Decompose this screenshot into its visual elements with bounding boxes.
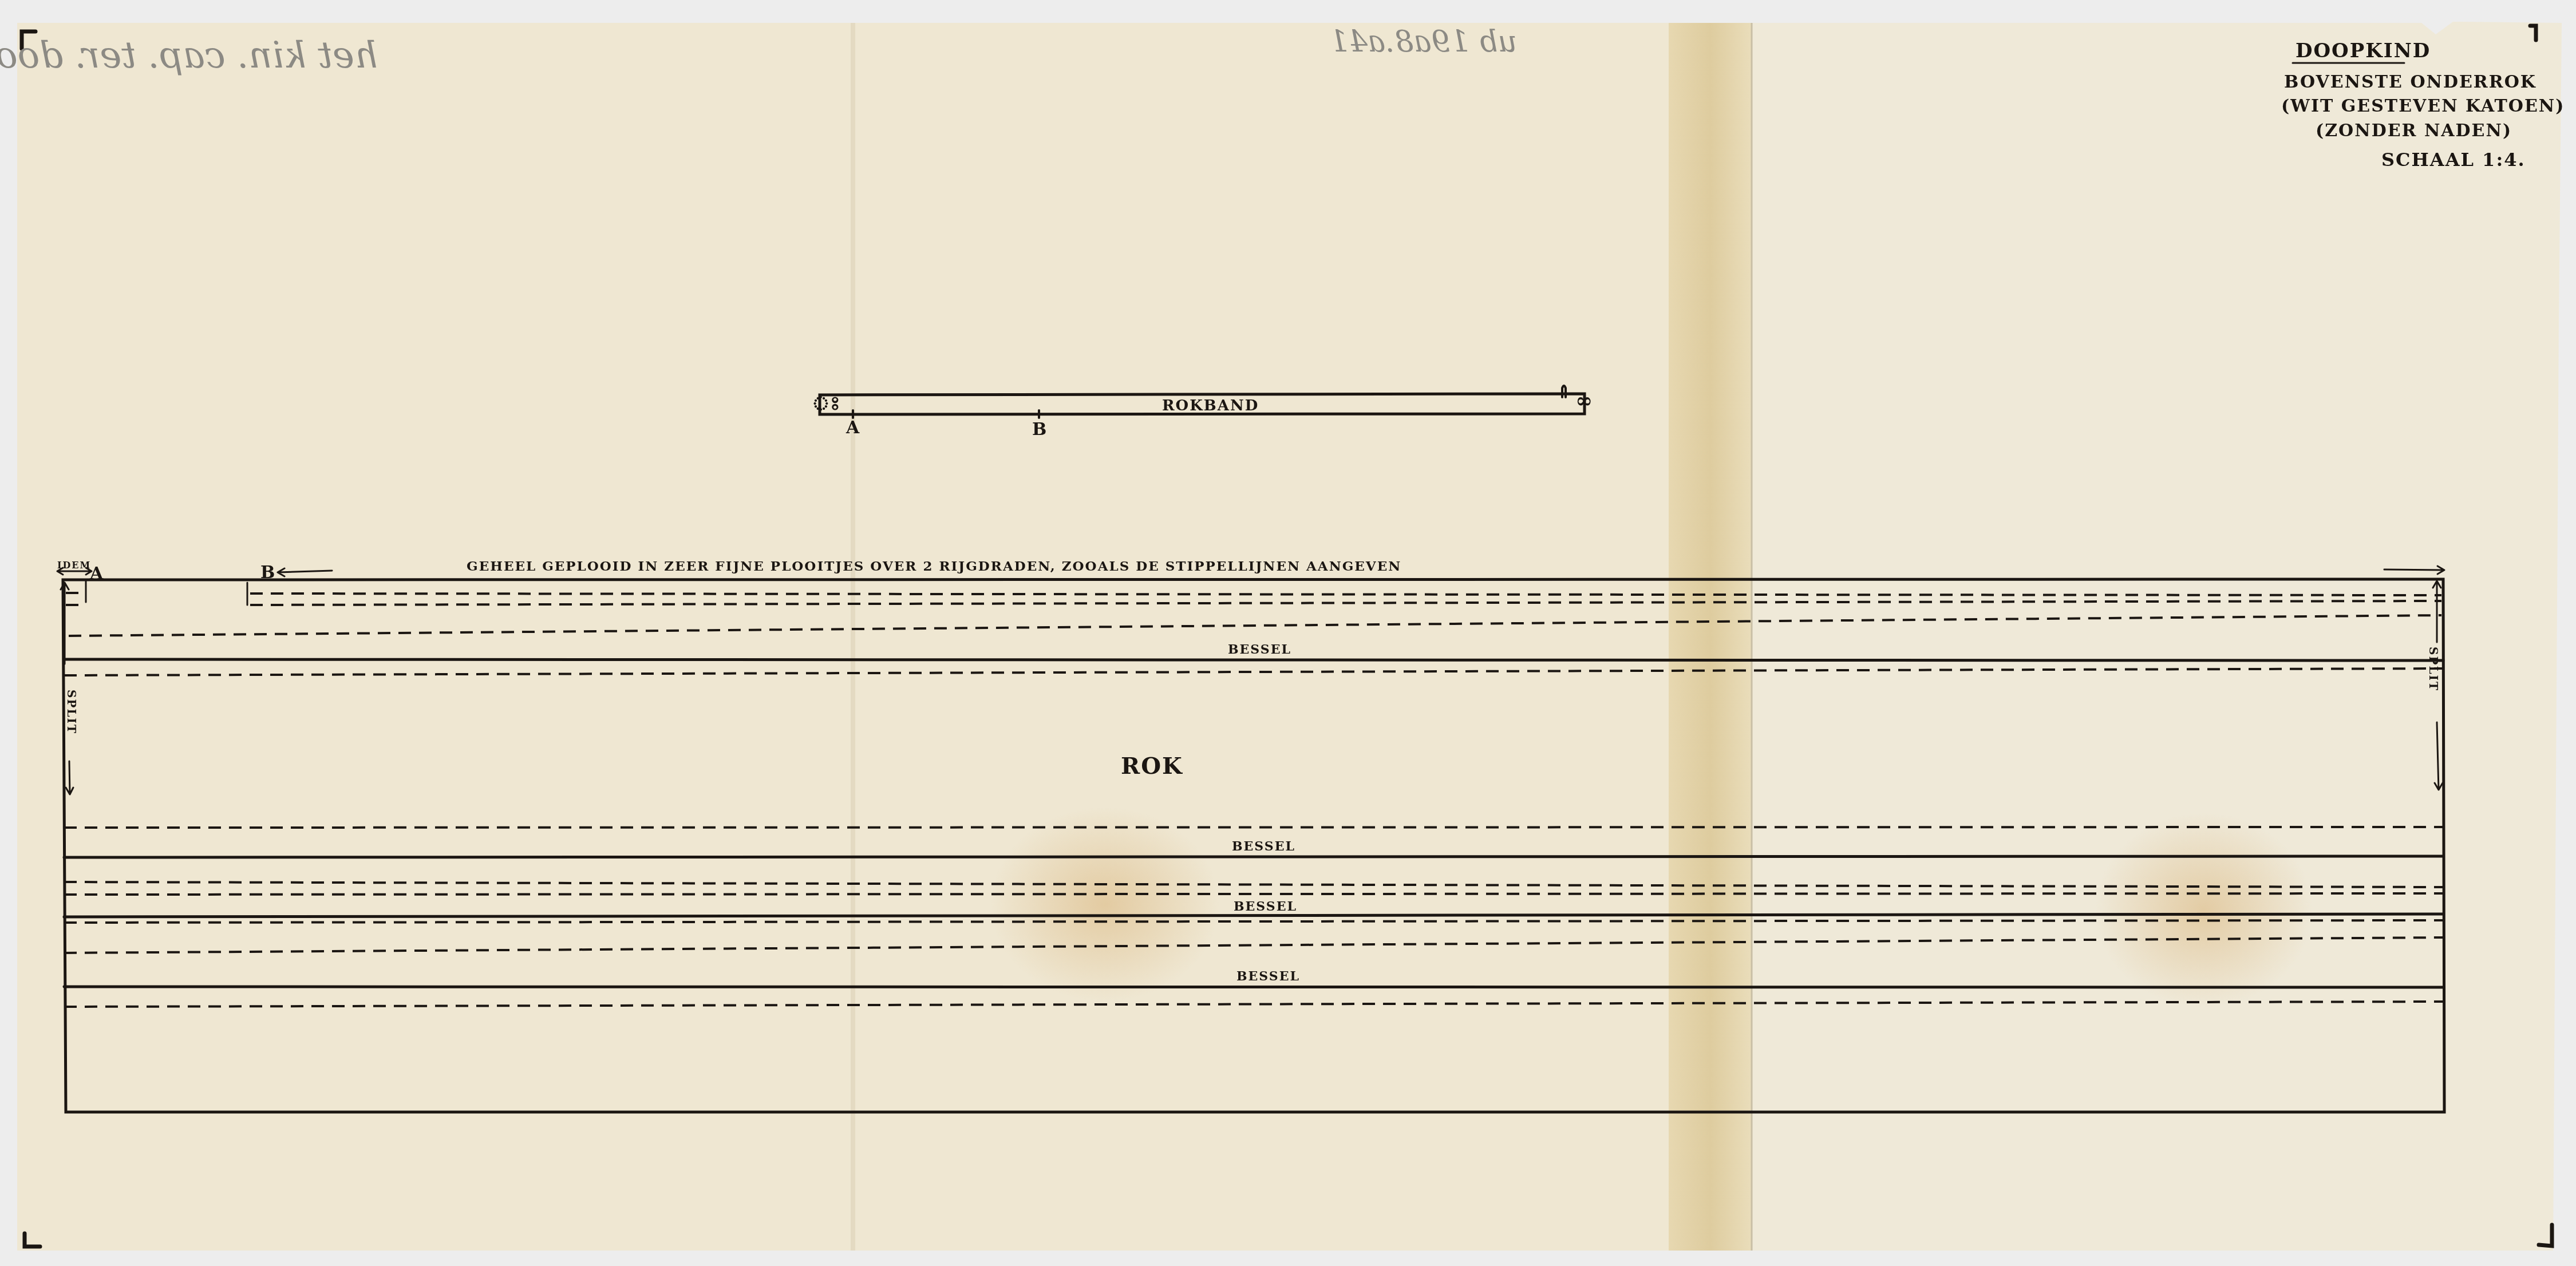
pencil-note-top-center: ub 19a8.a41 (1330, 25, 1517, 59)
tape-strip (1669, 23, 1752, 1251)
tuck-label-4: BESSEL (1236, 969, 1300, 984)
skirt-marker-b: B (260, 563, 276, 583)
title-scale: SCHAAL 1:4. (2381, 149, 2526, 171)
title-line-3: (ZONDER NADEN) (2316, 121, 2512, 141)
waistband-end-ornament-right: ∞ (1575, 389, 1594, 413)
skirt-marker-a: A (89, 564, 104, 584)
skirt-label: ROK (1121, 753, 1183, 780)
tuck-fold-1 (64, 659, 2443, 660)
split-label-left: SPLIT (65, 690, 78, 734)
pattern-sheet: het kin. cap. ter. doop. ub 19a8.a41 DOO… (0, 0, 2576, 1266)
tuck-fold-4 (64, 987, 2443, 987)
waistband-marker-a: A (846, 418, 860, 438)
waistband-marker-b: B (1032, 420, 1048, 440)
tuck-label-3: BESSEL (1234, 899, 1297, 914)
foxing-stain (2095, 813, 2313, 1007)
title-doopkind: DOOPKIND (2296, 39, 2431, 62)
title-line-2: (WIT GESTEVEN KATOEN) (2281, 96, 2565, 116)
tuck-label-1: BESSEL (1228, 642, 1291, 657)
paper-left (17, 23, 1752, 1251)
foxing-stain (990, 807, 1219, 1002)
tuck-fold-2 (64, 856, 2443, 857)
paper-right (1752, 22, 2562, 1251)
title-line-1: BOVENSTE ONDERROK (2284, 72, 2537, 92)
skirt-instruction: GEHEEL GEPLOOID IN ZEER FIJNE PLOOITJES … (467, 559, 1401, 574)
pencil-note-top-left: het kin. cap. ter. doop. (0, 34, 378, 77)
tuck-label-2: BESSEL (1232, 839, 1295, 854)
waistband-end-ornament-left: ঃ (812, 392, 841, 415)
waistband-label: ROKBAND (1162, 397, 1259, 414)
